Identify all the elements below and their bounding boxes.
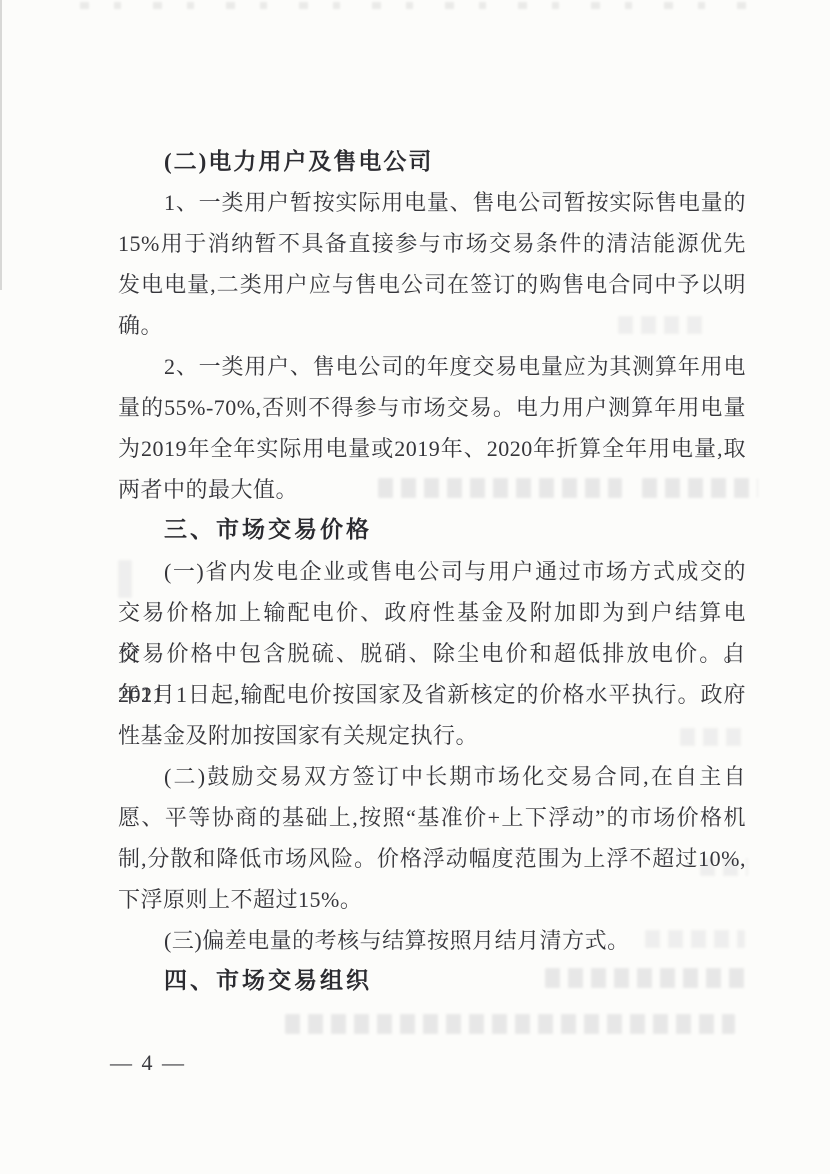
- para1-line1: 1、一类用户暂按实际用电量、售电公司暂按实际售电量的: [118, 182, 746, 223]
- para3-2-line3: 制,分散和降低市场风险。价格浮动幅度范围为上浮不超过10%,: [118, 838, 746, 879]
- heading-section-3: 三、市场交易价格: [118, 510, 746, 551]
- para2-line2: 量的55%-70%,否则不得参与市场交易。电力用户测算年用电量: [118, 387, 746, 428]
- para3-1-line4: 年1月1日起,输配电价按国家及省新核定的价格水平执行。政府: [118, 674, 746, 715]
- para1-line3: 发电电量,二类用户应与售电公司在签订的购售电合同中予以明: [118, 264, 746, 305]
- para3-1-line5: 性基金及附加按国家有关规定执行。: [118, 715, 746, 756]
- para2-line4: 两者中的最大值。: [118, 469, 746, 510]
- scanned-document-page: (二)电力用户及售电公司 1、一类用户暂按实际用电量、售电公司暂按实际售电量的 …: [0, 0, 830, 1174]
- para3-1-line3: 交易价格中包含脱硫、脱硝、除尘电价和超低排放电价。自2021: [118, 633, 746, 674]
- page-number: — 4 —: [110, 1050, 186, 1076]
- heading-section-2: (二)电力用户及售电公司: [118, 141, 746, 182]
- para3-2-line2: 愿、平等协商的基础上,按照“基准价+上下浮动”的市场价格机: [118, 797, 746, 838]
- heading-section-4: 四、市场交易组织: [118, 961, 746, 1002]
- para3-2-line1: (二)鼓励交易双方签订中长期市场化交易合同,在自主自: [118, 756, 746, 797]
- document-content: (二)电力用户及售电公司 1、一类用户暂按实际用电量、售电公司暂按实际售电量的 …: [118, 141, 746, 1002]
- bleed-through-text: [285, 1014, 735, 1034]
- para2-line3: 为2019年全年实际用电量或2019年、2020年折算全年用电量,取: [118, 428, 746, 469]
- para1-line4: 确。: [118, 305, 746, 346]
- para3-1-line2: 交易价格加上输配电价、政府性基金及附加即为到户结算电价。: [118, 592, 746, 633]
- para3-1-line1: (一)省内发电企业或售电公司与用户通过市场方式成交的: [118, 551, 746, 592]
- scan-noise-top: [80, 2, 770, 9]
- para3-3-line1: (三)偏差电量的考核与结算按照月结月清方式。: [118, 920, 746, 961]
- scan-edge-line: [0, 0, 2, 290]
- para3-2-line4: 下浮原则上不超过15%。: [118, 879, 746, 920]
- para1-line2: 15%用于消纳暂不具备直接参与市场交易条件的清洁能源优先: [118, 223, 746, 264]
- para2-line1: 2、一类用户、售电公司的年度交易电量应为其测算年用电: [118, 346, 746, 387]
